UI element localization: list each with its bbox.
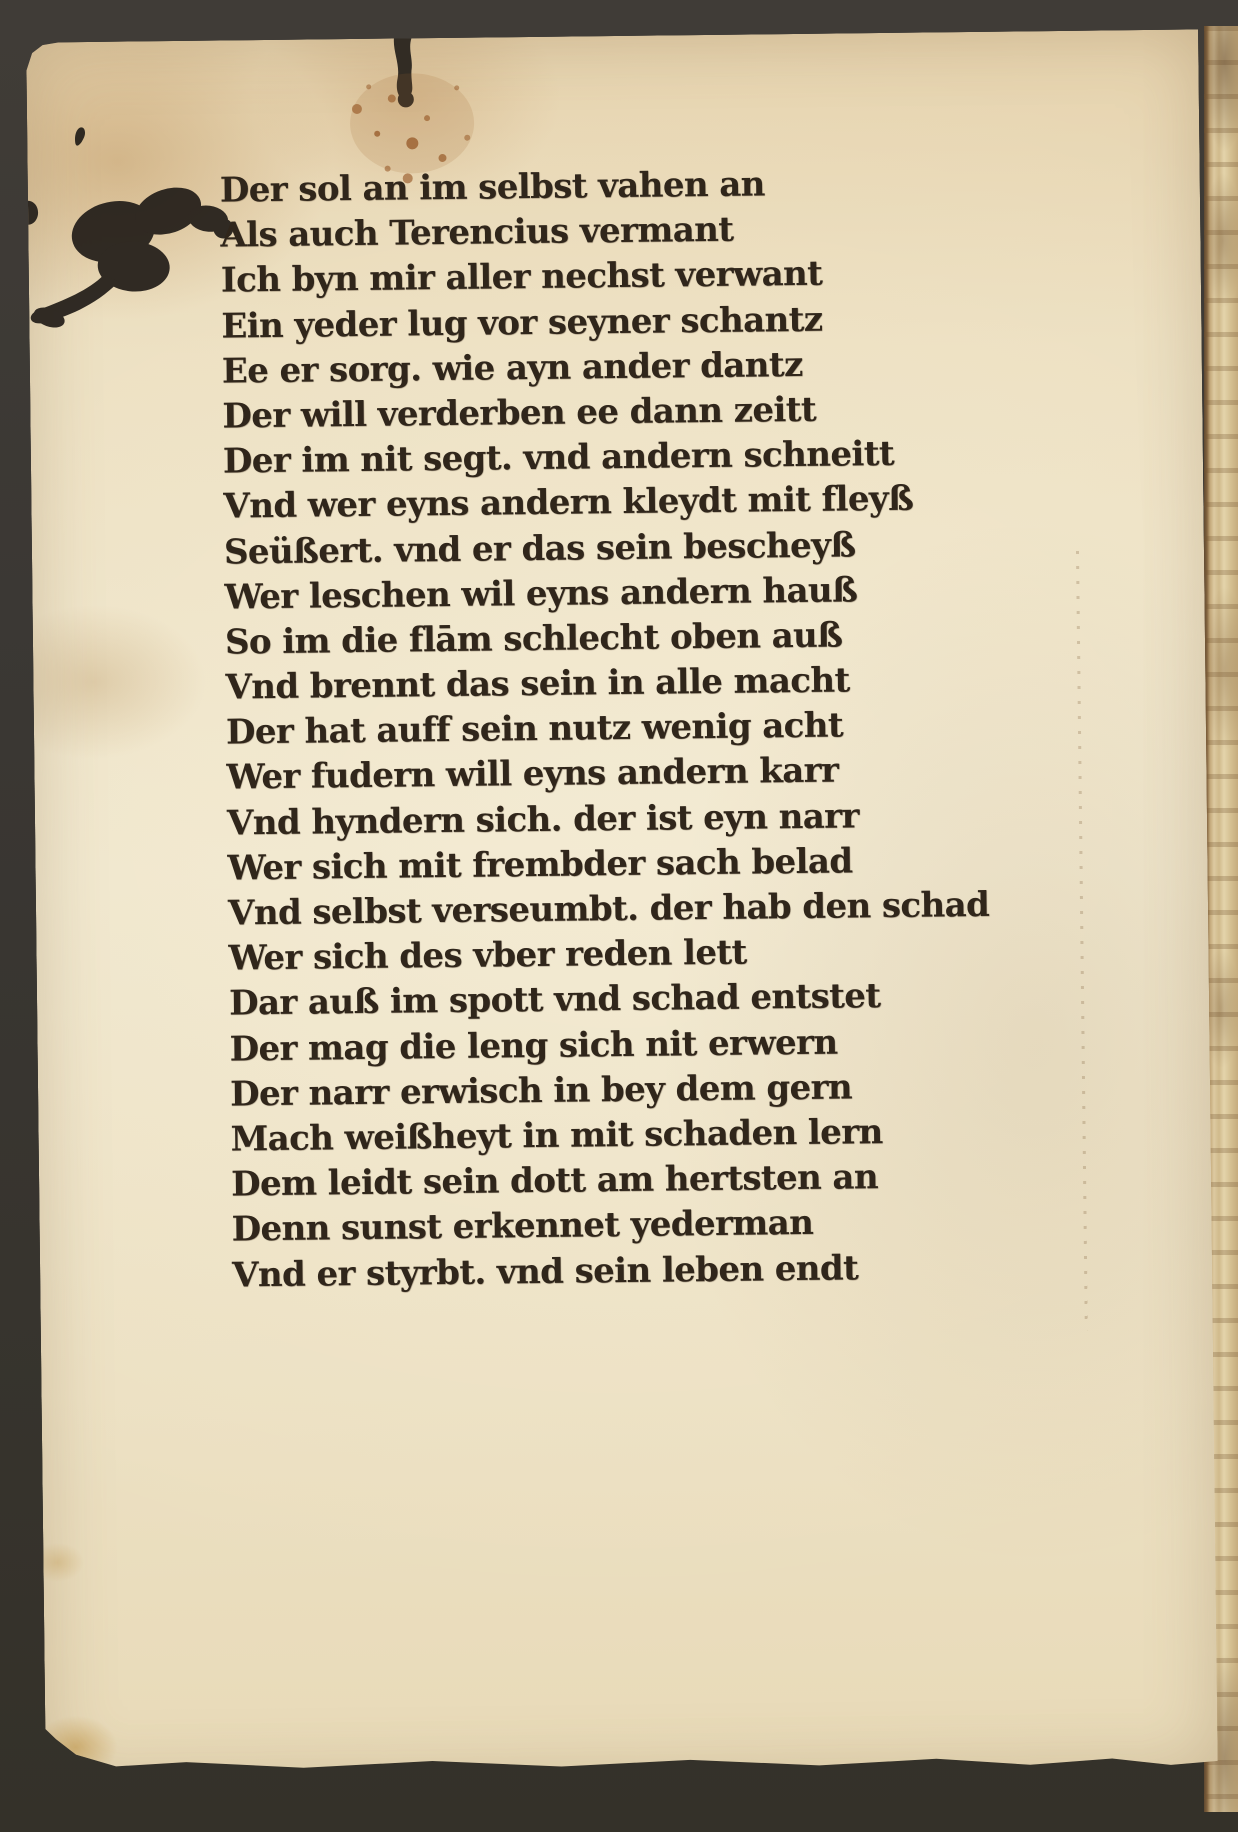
poem-text: Der sol an im selbst vahen an Als auch T…: [220, 160, 994, 1298]
book-page: Der sol an im selbst vahen an Als auch T…: [26, 29, 1218, 1784]
poem-line: Mach weißheyt in mit schaden lern: [230, 1109, 992, 1163]
ink-blot: [17, 110, 249, 333]
scanned-book-photo: Der sol an im selbst vahen an Als auch T…: [0, 0, 1238, 1832]
poem-line: Vnd selbst verseumbt. der hab den schad: [228, 883, 990, 937]
poem-line: Dar auß im spott vnd schad entstet: [229, 973, 991, 1027]
poem-line: Vnd wer eyns andern kleydt mit fleyß: [223, 476, 985, 530]
poem-line: Vnd er styrbt. vnd sein leben endt: [232, 1244, 994, 1298]
fold-crease: [1076, 551, 1088, 1331]
